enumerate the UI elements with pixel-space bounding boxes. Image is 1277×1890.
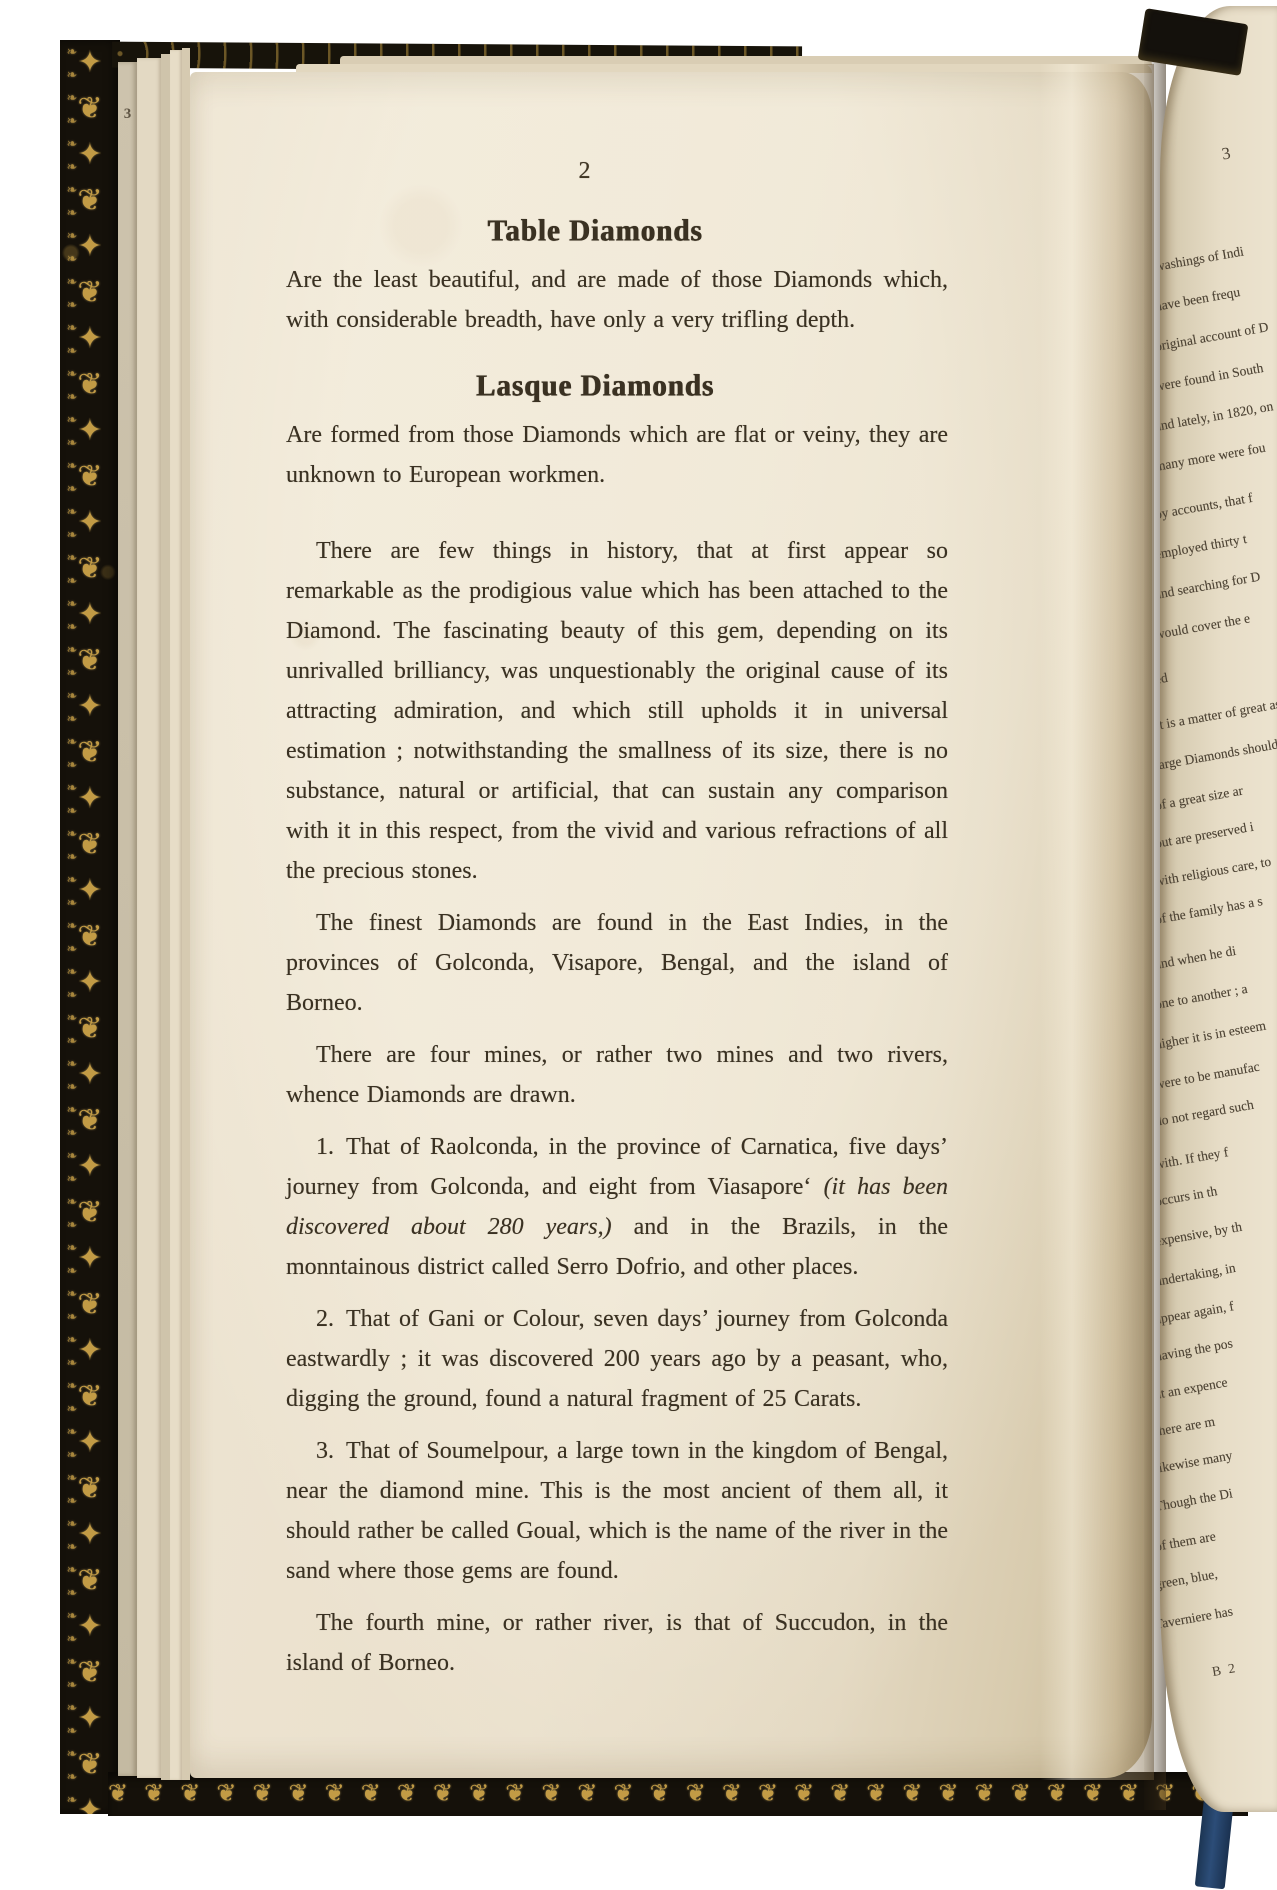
paragraph: 2. That of Gani or Colour, seven days’ j… [286, 1299, 948, 1419]
right-page-text-fragment: of a great size ar [1160, 783, 1244, 814]
right-page-text-fragment: would cover the e [1160, 610, 1251, 642]
paragraph: The finest Diamonds are found in the Eas… [286, 903, 948, 1023]
right-page-text-fragment: washings of Indi [1160, 243, 1245, 274]
gold-tooling-scroll-column: ❧ ❧ ❧ ❧ ❧ ❧ ❧ ❧ ❧ ❧ ❧ ❧ ❧ ❧ ❧ ❧ ❧ ❧ ❧ ❧ … [60, 40, 102, 1814]
book-cover-left-border: ✦ ❦ ✦ ❦ ✦ ❦ ✦ ❦ ✦ ❦ ✦ ❦ ✦ ❦ ✦ ❦ ✦ ❦ ✦ ❦ … [60, 40, 120, 1814]
right-page-text-fragment: with religious care, to [1160, 854, 1272, 890]
paragraph: 1. That of Raolconda, in the province of… [286, 1127, 948, 1287]
right-page-text-fragment: original account of D [1160, 319, 1270, 355]
right-page-text-fragment: employed thirty t [1160, 531, 1248, 563]
page-edge-strip: 3 [118, 62, 137, 1776]
section-heading: Lasque Diamonds [264, 369, 926, 403]
right-page-text-fragment: higher it is in esteem [1160, 1018, 1267, 1053]
right-page-text-fragment: large Diamonds should [1160, 736, 1277, 773]
right-page-text-fragment: there are m [1160, 1414, 1216, 1440]
right-page-text-fragment: expensive, by th [1160, 1219, 1243, 1250]
right-page-text-fragment: of the family has a s [1160, 893, 1264, 928]
edge-mark: 3 [120, 106, 135, 123]
paragraph: There are four mines, or rather two mine… [286, 1035, 948, 1115]
page-edge-strip [182, 48, 190, 1780]
paragraph: There are few things in history, that at… [286, 531, 948, 891]
paragraph: Are the least beautiful, and are made of… [286, 260, 948, 340]
text-run: Are formed from those Diamonds which are… [286, 422, 948, 488]
right-page-text-fragment: have been frequ [1160, 284, 1241, 315]
right-page-text-fragment: It is a matter of great asto [1160, 694, 1277, 734]
right-page-text-fragment: one to another ; a [1160, 981, 1249, 1013]
right-page-text-fragment: by accounts, that f [1160, 490, 1254, 523]
right-page-text-fragment: with. If they f [1160, 1144, 1229, 1173]
right-page-text-fragment: having the pos [1160, 1335, 1234, 1364]
text-run: The finest Diamonds are found in the Eas… [286, 910, 948, 1016]
text-run: Are the least beautiful, and are made of… [286, 267, 948, 333]
text-run: 2. That of Gani or Colour, seven days’ j… [286, 1306, 948, 1412]
right-page-text-fragment: green, blue, [1160, 1566, 1219, 1593]
signature-mark: B 2 [1211, 1660, 1239, 1680]
paragraph: The fourth mine, or rather river, is tha… [286, 1603, 948, 1683]
right-page-text-fragment: and lately, in 1820, on [1160, 398, 1274, 435]
book-cover-bottom-edge: ❦❦❦❦❦❦❦❦❦❦❦❦❦❦❦❦❦❦❦❦❦❦❦❦❦❦❦❦❦❦❦❦❦❦❦❦❦❦❦❦ [108, 1772, 1248, 1816]
page-edge-strip [170, 50, 182, 1780]
page-edge-strip [161, 54, 170, 1780]
right-page-text-fragment: were found in South [1160, 360, 1265, 395]
page-number: 2 [254, 158, 916, 185]
right-page-text-fragment: but are preserved i [1160, 819, 1255, 852]
right-page-text-fragment: ed [1160, 670, 1169, 688]
right-page-text-fragment: and when he di [1160, 943, 1237, 973]
right-page-number: 3 [1220, 143, 1232, 164]
text-run: 3. That of Soumelpour, a large town in t… [286, 1438, 948, 1584]
left-page: 2 Table DiamondsAre the least beautiful,… [190, 72, 1152, 1778]
right-page-text-fragment: appear again, f [1160, 1298, 1235, 1328]
text-run: There are four mines, or rather two mine… [286, 1042, 948, 1108]
right-page: 3 B 2 washings of Indihave been frequori… [1160, 6, 1277, 1812]
right-page-text-fragment: Taverniere has [1160, 1603, 1234, 1632]
right-page-text-fragment: were to be manufac [1160, 1059, 1261, 1093]
paragraph: 3. That of Soumelpour, a large town in t… [286, 1431, 948, 1591]
book-photograph: { "photo": { "background_color": "#fffff… [0, 0, 1277, 1890]
text-run: The fourth mine, or rather river, is tha… [286, 1610, 948, 1676]
gold-tooling-bottom-row: ❦❦❦❦❦❦❦❦❦❦❦❦❦❦❦❦❦❦❦❦❦❦❦❦❦❦❦❦❦❦❦❦❦❦❦❦❦❦❦❦ [108, 1774, 1248, 1814]
right-page-text-fragment: likewise many [1160, 1448, 1234, 1477]
right-page-text-fragment: and searching for D [1160, 569, 1262, 603]
right-page-text-fragment: Though the Di [1160, 1485, 1234, 1514]
right-page-text-fragment: do not regard such [1160, 1097, 1255, 1130]
right-page-text-fragment: of them are [1160, 1528, 1217, 1554]
right-page-text-fragment: occurs in th [1160, 1183, 1218, 1210]
page-edge-strip [137, 58, 161, 1778]
right-page-text-fragment: many more were fou [1160, 440, 1267, 475]
right-page-text-fragment: undertaking, in [1160, 1260, 1237, 1290]
text-run: There are few things in history, that at… [286, 538, 948, 884]
section-heading: Table Diamonds [264, 214, 926, 248]
text-column: 2 Table DiamondsAre the least beautiful,… [286, 158, 948, 1683]
paragraph: Are formed from those Diamonds which are… [286, 415, 948, 495]
right-page-text-fragment: at an expence [1160, 1374, 1229, 1403]
